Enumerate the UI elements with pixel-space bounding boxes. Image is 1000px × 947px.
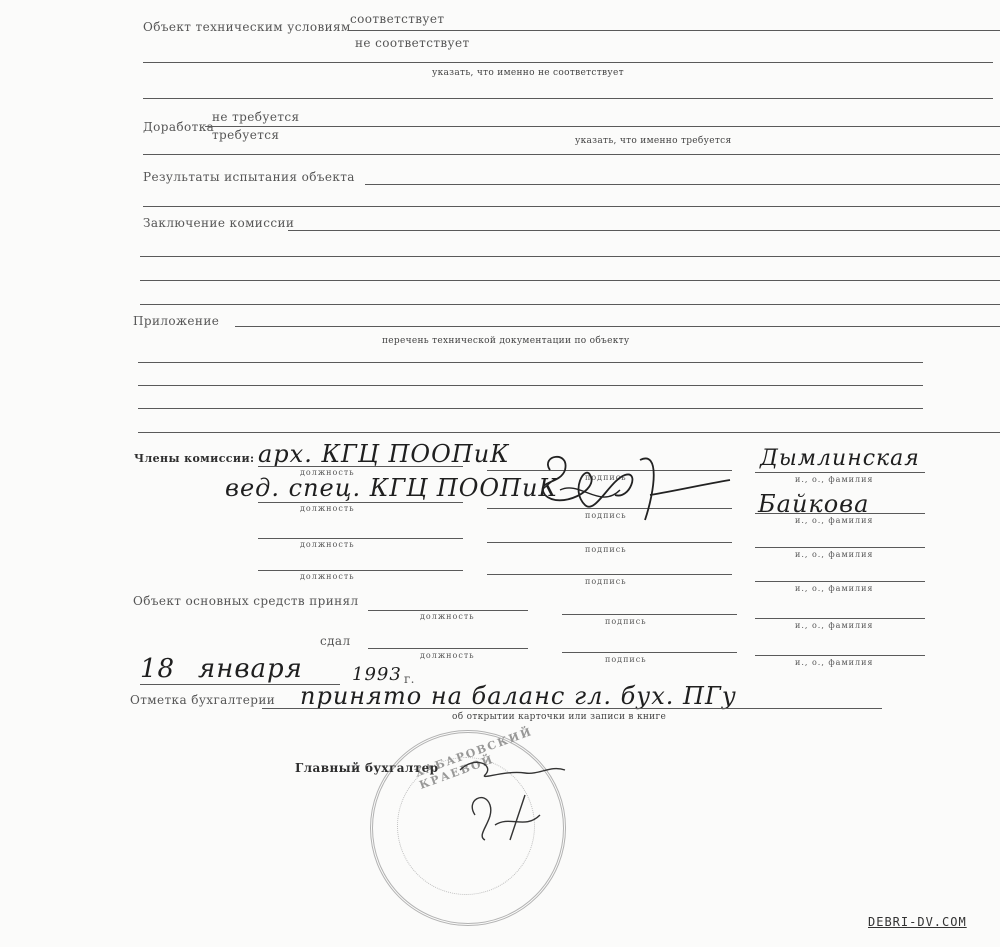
refinement-label: Доработка (143, 120, 214, 134)
member-1-position-line (258, 466, 463, 467)
conclusion-label: Заключение комиссии (143, 216, 294, 230)
accounting-mark-value: принято на баланс гл. бух. ПГу (300, 682, 737, 710)
member-2-name-caption: и., о., фамилия (795, 516, 873, 525)
member-2-name-line (755, 513, 925, 514)
member-4-name-line (755, 581, 925, 582)
refinement-option-not-required: не требуется (212, 110, 299, 124)
test-results-line-2 (143, 206, 1000, 207)
tech-conditions-line-2 (143, 62, 993, 63)
accepted-name-caption: и., о., фамилия (795, 621, 873, 630)
member-3-position-caption: должность (300, 540, 355, 549)
accepted-signature-caption: подпись (605, 617, 647, 626)
refinement-option-required: требуется (212, 128, 279, 142)
delivered-signature-caption: подпись (605, 655, 647, 664)
tech-conditions-option-not-complies: не соответствует (355, 36, 470, 50)
refinement-line-2 (143, 154, 1000, 155)
member-4-name-caption: и., о., фамилия (795, 584, 873, 593)
refinement-hint: указать, что именно требуется (575, 136, 731, 146)
date-day: 18 (140, 654, 175, 684)
member-2-position-line (258, 502, 463, 503)
appendix-label: Приложение (133, 314, 219, 328)
appendix-line-4 (138, 408, 923, 409)
member-1-name: Дымлинская (760, 446, 920, 471)
accepted-label: Объект основных средств принял (133, 594, 359, 608)
watermark-text: DEBRI-DV.COM (868, 915, 967, 929)
conclusion-line-2 (140, 256, 1000, 257)
delivered-position-line (368, 648, 528, 649)
refinement-line (205, 126, 1000, 127)
conclusion-line (288, 230, 1000, 231)
appendix-line (235, 326, 1000, 327)
member-3-position-line (258, 538, 463, 539)
member-1-name-caption: и., о., фамилия (795, 475, 873, 484)
member-4-position-line (258, 570, 463, 571)
tech-conditions-label: Объект техническим условиям (143, 20, 351, 34)
accepted-name-line (755, 618, 925, 619)
appendix-line-2 (138, 362, 923, 363)
chief-accountant-signature (455, 755, 575, 845)
conclusion-line-3 (140, 280, 1000, 281)
delivered-name-caption: и., о., фамилия (795, 658, 873, 667)
delivered-position-caption: должность (420, 651, 475, 660)
commission-signature (530, 450, 740, 530)
chief-accountant-label: Главный бухгалтер (295, 761, 438, 775)
tech-conditions-hint: указать, что именно не соответствует (432, 68, 624, 78)
accounting-mark-hint: об открытии карточки или записи в книге (452, 712, 666, 722)
date-day-line (140, 684, 190, 685)
member-4-signature-line (487, 574, 732, 575)
accounting-mark-line (262, 708, 882, 709)
delivered-name-line (755, 655, 925, 656)
member-2-position-caption: должность (300, 504, 355, 513)
member-3-name-line (755, 547, 925, 548)
tech-conditions-option-complies: соответствует (350, 12, 444, 26)
member-3-name-caption: и., о., фамилия (795, 550, 873, 559)
accounting-mark-label: Отметка бухгалтерии (130, 693, 275, 707)
tech-conditions-line-3 (143, 98, 993, 99)
test-results-label: Результаты испытания объекта (143, 170, 355, 184)
accepted-position-line (368, 610, 528, 611)
delivered-label: сдал (320, 634, 351, 648)
member-1-name-line (755, 472, 925, 473)
member-3-signature-line (487, 542, 732, 543)
appendix-line-3 (138, 385, 923, 386)
date-month: января (198, 654, 303, 684)
conclusion-line-4 (140, 304, 1000, 305)
member-4-signature-caption: подпись (585, 577, 627, 586)
delivered-signature-line (562, 652, 737, 653)
member-3-signature-caption: подпись (585, 545, 627, 554)
commission-members-label: Члены комиссии: (134, 452, 254, 465)
appendix-hint: перечень технической документации по объ… (382, 336, 630, 346)
accepted-signature-line (562, 614, 737, 615)
member-1-position: арх. КГЦ ПООПиК (258, 440, 510, 468)
appendix-line-5 (138, 432, 1000, 433)
tech-conditions-line (348, 30, 1000, 31)
accepted-position-caption: должность (420, 612, 475, 621)
test-results-line (365, 184, 1000, 185)
member-2-position: вед. спец. КГЦ ПООПиК (225, 474, 558, 502)
member-4-position-caption: должность (300, 572, 355, 581)
